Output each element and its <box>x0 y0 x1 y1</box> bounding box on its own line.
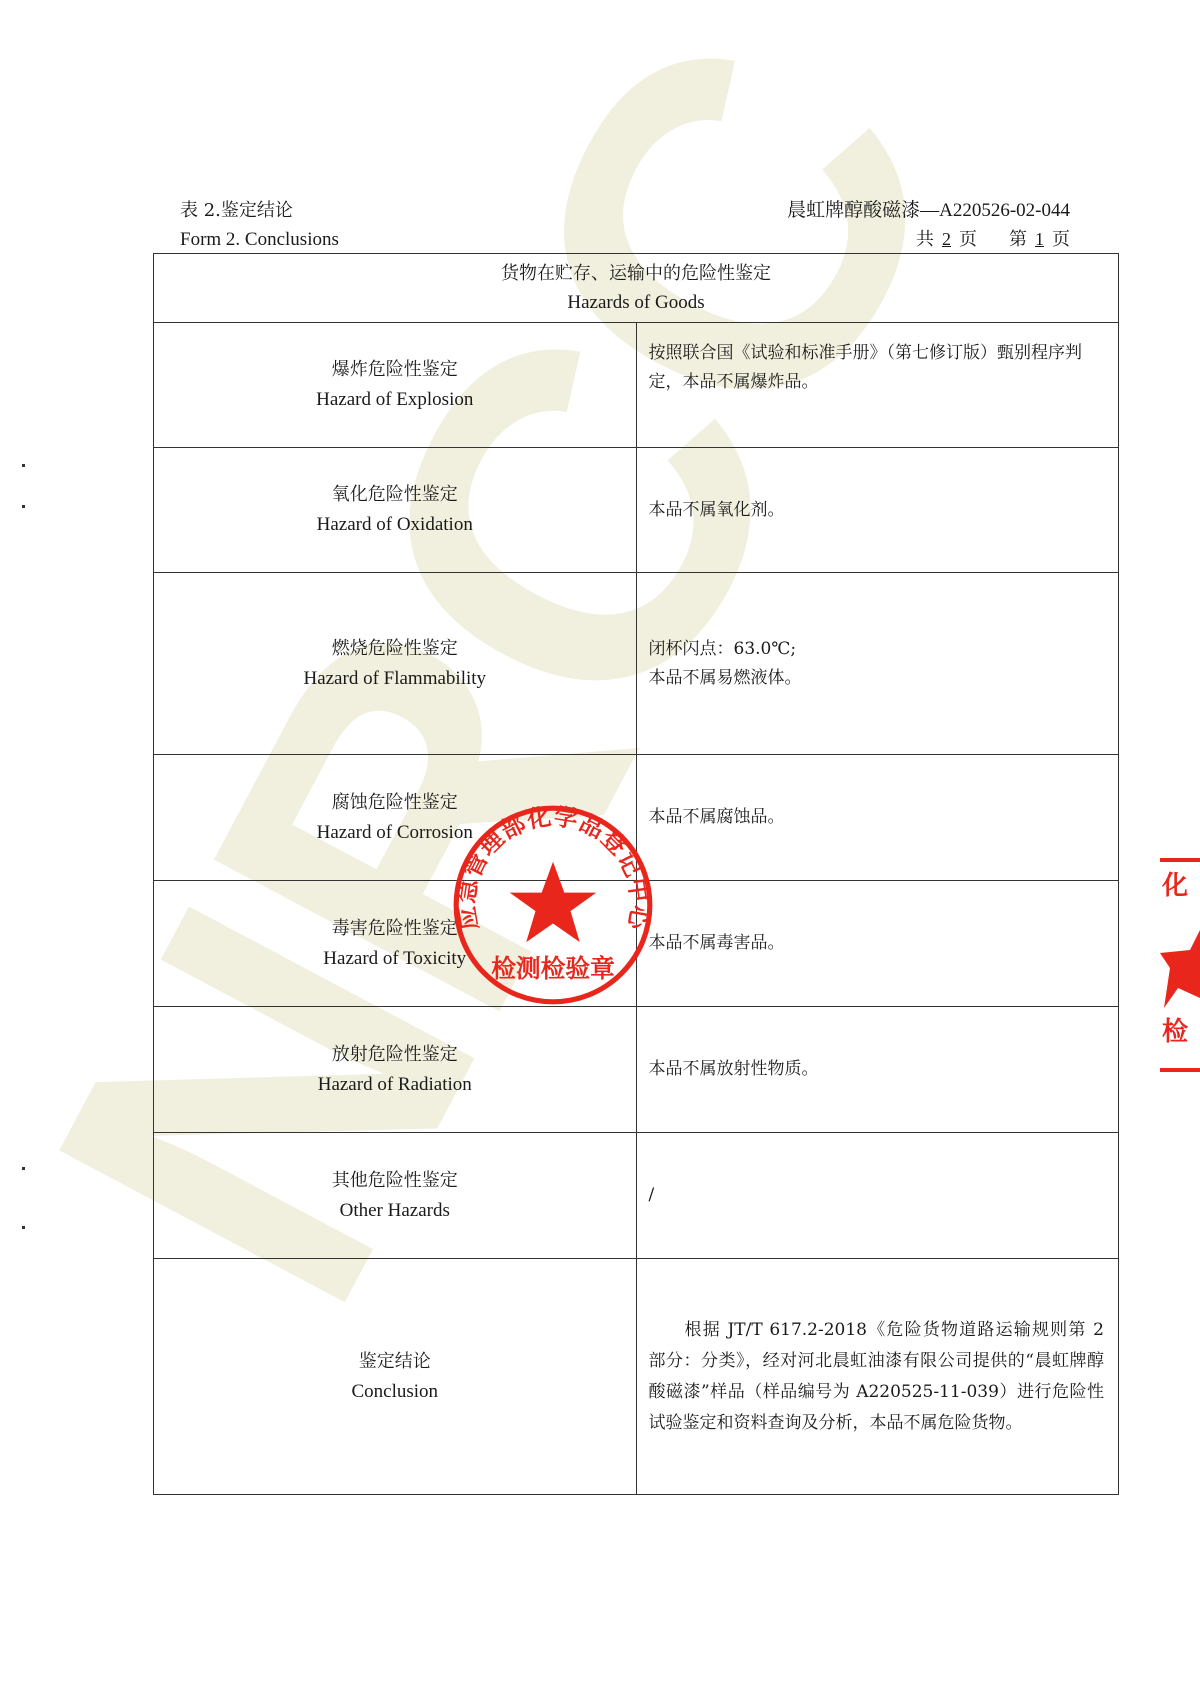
flammability-result: 本品不属易燃液体。 <box>649 664 1109 693</box>
table-row-corrosion: 腐蚀危险性鉴定 Hazard of Corrosion 本品不属腐蚀品。 <box>154 755 1119 881</box>
row-label: 氧化危险性鉴定 Hazard of Oxidation <box>154 448 637 573</box>
label-cn: 鉴定结论 <box>154 1347 636 1377</box>
label-cn: 氧化危险性鉴定 <box>154 480 636 510</box>
flash-point: 闭杯闪点：63.0℃; <box>649 635 1109 664</box>
page-suffix: 页 <box>1052 229 1070 250</box>
table-title: 货物在贮存、运输中的危险性鉴定 Hazards of Goods <box>154 254 1119 323</box>
row-label: 放射危险性鉴定 Hazard of Radiation <box>154 1007 637 1133</box>
label-en: Hazard of Corrosion <box>154 818 636 848</box>
table-row-explosion: 爆炸危险性鉴定 Hazard of Explosion 按照联合国《试验和标准手… <box>154 323 1119 448</box>
hazards-table: 货物在贮存、运输中的危险性鉴定 Hazards of Goods 爆炸危险性鉴定… <box>153 253 1119 1495</box>
table-row-flammability: 燃烧危险性鉴定 Hazard of Flammability 闭杯闪点：63.0… <box>154 573 1119 755</box>
table-title-row: 货物在贮存、运输中的危险性鉴定 Hazards of Goods <box>154 254 1119 323</box>
form-header: 表 2.鉴定结论 Form 2. Conclusions <box>180 196 339 254</box>
document-reference: 晨虹牌醇酸磁漆—A220526-02-044 共2页第1页 <box>787 196 1070 254</box>
scan-speck <box>22 505 25 508</box>
page-indicator: 共2页第1页 <box>787 225 1070 254</box>
star-icon <box>1160 930 1200 1008</box>
table-row-other: 其他危险性鉴定 Other Hazards / <box>154 1133 1119 1259</box>
svg-text:化: 化 <box>1161 871 1188 901</box>
table-row-conclusion: 鉴定结论 Conclusion 根据 JT/T 617.2-2018《危险货物道… <box>154 1259 1119 1495</box>
cross-page-seal: 化 检 <box>1160 858 1200 1073</box>
label-cn: 爆炸危险性鉴定 <box>154 355 636 385</box>
label-en: Conclusion <box>154 1377 636 1407</box>
form-title-en: Form 2. Conclusions <box>180 225 339 254</box>
pages-total: 2 <box>934 229 959 249</box>
row-value: 本品不属腐蚀品。 <box>636 755 1119 881</box>
label-en: Hazard of Explosion <box>154 385 636 415</box>
label-cn: 毒害危险性鉴定 <box>154 914 636 944</box>
scan-speck <box>22 1167 25 1170</box>
row-label: 腐蚀危险性鉴定 Hazard of Corrosion <box>154 755 637 881</box>
label-en: Hazard of Radiation <box>154 1070 636 1100</box>
label-en: Hazard of Toxicity <box>154 944 636 974</box>
svg-text:检: 检 <box>1162 1017 1188 1047</box>
row-value: 本品不属毒害品。 <box>636 881 1119 1007</box>
form-title-cn: 表 2.鉴定结论 <box>180 196 339 225</box>
label-en: Other Hazards <box>154 1196 636 1226</box>
label-cn: 放射危险性鉴定 <box>154 1040 636 1070</box>
conclusion-text: 根据 JT/T 617.2-2018《危险货物道路运输规则第 2 部分：分类》，… <box>636 1259 1119 1495</box>
row-label: 爆炸危险性鉴定 Hazard of Explosion <box>154 323 637 448</box>
table-row-oxidation: 氧化危险性鉴定 Hazard of Oxidation 本品不属氧化剂。 <box>154 448 1119 573</box>
label-en: Hazard of Oxidation <box>154 510 636 540</box>
row-label: 其他危险性鉴定 Other Hazards <box>154 1133 637 1259</box>
row-value: 按照联合国《试验和标准手册》（第七修订版）甄别程序判定，本品不属爆炸品。 <box>636 323 1119 448</box>
table-row-radiation: 放射危险性鉴定 Hazard of Radiation 本品不属放射性物质。 <box>154 1007 1119 1133</box>
table-row-toxicity: 毒害危险性鉴定 Hazard of Toxicity 本品不属毒害品。 <box>154 881 1119 1007</box>
label-en: Hazard of Flammability <box>154 664 636 694</box>
row-value: 闭杯闪点：63.0℃; 本品不属易燃液体。 <box>636 573 1119 755</box>
scan-speck <box>22 1226 25 1229</box>
row-value: 本品不属放射性物质。 <box>636 1007 1119 1133</box>
table-title-en: Hazards of Goods <box>154 288 1118 317</box>
page-current: 1 <box>1027 229 1052 249</box>
row-label: 毒害危险性鉴定 Hazard of Toxicity <box>154 881 637 1007</box>
table-title-cn: 货物在贮存、运输中的危险性鉴定 <box>154 259 1118 288</box>
scan-speck <box>22 464 25 467</box>
row-label: 鉴定结论 Conclusion <box>154 1259 637 1495</box>
pages-prefix: 共 <box>916 229 934 250</box>
row-value: / <box>636 1133 1119 1259</box>
row-value: 本品不属氧化剂。 <box>636 448 1119 573</box>
page-prefix: 第 <box>1009 229 1027 250</box>
row-label: 燃烧危险性鉴定 Hazard of Flammability <box>154 573 637 755</box>
product-code: 晨虹牌醇酸磁漆—A220526-02-044 <box>787 196 1070 225</box>
label-cn: 燃烧危险性鉴定 <box>154 634 636 664</box>
label-cn: 腐蚀危险性鉴定 <box>154 788 636 818</box>
label-cn: 其他危险性鉴定 <box>154 1166 636 1196</box>
pages-suffix: 页 <box>959 229 977 250</box>
